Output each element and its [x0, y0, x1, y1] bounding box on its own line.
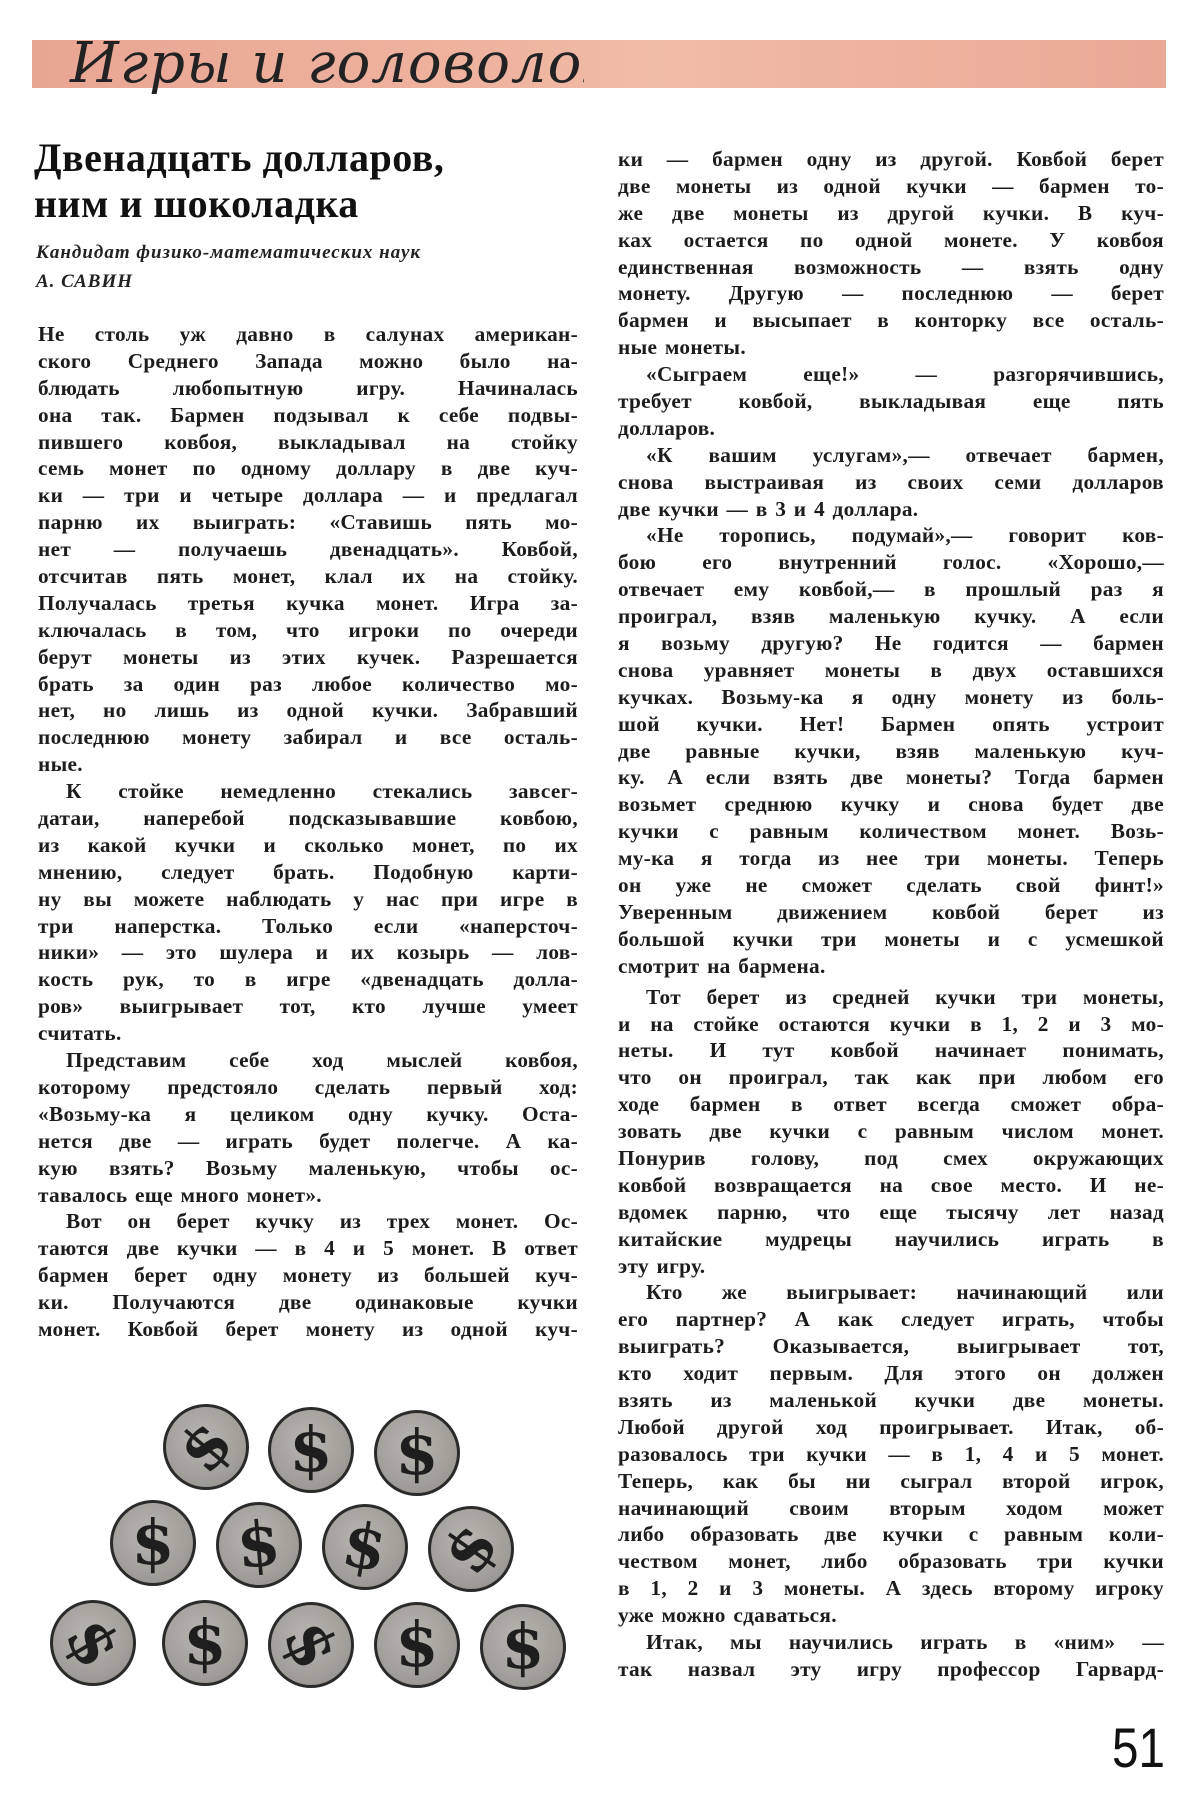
text-line: Представим себе ход мыслей ковбоя, [38, 1047, 578, 1074]
text-line: кучках. Возьму-ка я одну монету из боль- [618, 684, 1164, 711]
dollar-sign-icon: $ [338, 1513, 391, 1582]
text-line: монету. Другую — последнюю — берет [618, 280, 1164, 307]
text-line: нет — получаешь двенадцать». Ковбой, [38, 536, 578, 563]
text-line: возьмет среднюю кучку и снова будет две [618, 791, 1164, 818]
text-line: китайские мудрецы научились играть в [618, 1226, 1164, 1253]
text-line: Понурив голову, под смех окружающих [618, 1145, 1164, 1172]
text-line: начинающий своим вторым ходом может [618, 1495, 1164, 1522]
text-line: ки. Получаются две одинаковые кучки [38, 1289, 578, 1316]
text-line: «Сыграем еще!» — разгорячившись, [618, 361, 1164, 388]
text-line: проиграл, взяв маленькую кучку. А если [618, 603, 1164, 630]
text-line: эту игру. [618, 1253, 1164, 1280]
text-line: ках остается по одной монете. У ковбоя [618, 227, 1164, 254]
text-line: ского Среднего Запада можно было на- [38, 348, 578, 375]
text-line: Итак, мы научились играть в «ним» — [618, 1629, 1164, 1656]
dollar-coin-icon: $ [322, 1504, 408, 1590]
text-line: же две монеты из другой кучки. В куч- [618, 200, 1164, 227]
text-line: Кто же выигрывает: начинающий или [618, 1279, 1164, 1306]
dollar-coin-icon: $ [268, 1407, 354, 1493]
text-line: ходе бармен в ответ всегда сможет обра- [618, 1091, 1164, 1118]
text-line: последнюю монету забирал и все осталь- [38, 724, 578, 751]
dollar-coin-icon: $ [268, 1602, 354, 1688]
dollar-coin-icon: $ [374, 1602, 460, 1688]
article-title: Двенадцать долларов, ним и шоколадка [34, 135, 594, 227]
text-line: бармен берет одну монету из большей куч- [38, 1262, 578, 1289]
text-line: вдомек парню, что еще тысячу лет назад [618, 1199, 1164, 1226]
text-line: что он проиграл, так как при любом его [618, 1064, 1164, 1091]
text-line: снова выстраивая из своих семи долларов [618, 469, 1164, 496]
section-rubric-text: Игры и головоломки [69, 31, 584, 96]
text-line: монет. Ковбой берет монету из одной куч- [38, 1316, 578, 1343]
text-line: и на стойке остаются кучки в 1, 2 и 3 мо… [618, 1011, 1164, 1038]
text-column-right: ки — бармен одну из другой. Ковбой берет… [618, 146, 1164, 1683]
text-line: разовалось три кучки — в 1, 4 и 5 монет. [618, 1441, 1164, 1468]
dollar-sign-icon: $ [433, 1514, 509, 1585]
text-line: которому предстояло сделать первый ход: [38, 1074, 578, 1101]
coins-illustration: $$$$$$$$$$$$ [20, 1390, 580, 1730]
text-line: единственная возможность — взять одну [618, 254, 1164, 281]
text-line: в 1, 2 и 3 монеты. А здесь второму игрок… [618, 1575, 1164, 1602]
dollar-sign-icon: $ [183, 1612, 226, 1674]
text-line: из какой кучки и сколько монет, по их [38, 832, 578, 859]
text-line: «Не торопись, подумай»,— говорит ков- [618, 522, 1164, 549]
dollar-coin-icon: $ [162, 1600, 248, 1686]
text-line: снова уравняет монеты в двух оставшихся [618, 657, 1164, 684]
dollar-coin-icon: $ [216, 1502, 302, 1588]
text-line: зовать две кучки с равным числом монет. [618, 1118, 1164, 1145]
text-line: Не столь уж давно в салунах американ- [38, 321, 578, 348]
text-line: бою его внутренний голос. «Хорошо,— [618, 549, 1164, 576]
text-line: чеством монет, либо образовать три кучки [618, 1548, 1164, 1575]
text-line: кучки с равным количеством монет. Возь- [618, 818, 1164, 845]
text-line: его партнер? А как следует играть, чтобы [618, 1306, 1164, 1333]
text-line: ные монеты. [618, 334, 1164, 361]
author-degree: Кандидат физико-математических наук [36, 238, 596, 267]
text-line: тавалось еще много монет». [38, 1182, 578, 1209]
text-line: три наперстка. Только если «наперсточ- [38, 913, 578, 940]
text-line: так назвал эту игру профессор Гарвард- [618, 1656, 1164, 1683]
text-line: ну вы можете наблюдать у нас при игре в [38, 886, 578, 913]
text-line: «Возьму-ка я целиком одну кучку. Оста- [38, 1101, 578, 1128]
text-line: две монеты из одной кучки — бармен то- [618, 173, 1164, 200]
text-line: считать. [38, 1020, 578, 1047]
text-line: брать за один раз любое количество мо- [38, 671, 578, 698]
text-line: нет, но лишь из одной кучки. Забравший [38, 697, 578, 724]
text-line: я возьму другую? Не годится — бармен [618, 630, 1164, 657]
section-rubric: Игры и головоломки [64, 10, 584, 110]
text-line: датаи, наперебой подсказывавшие ковбою, [38, 805, 578, 832]
byline: Кандидат физико-математических наук А. С… [36, 238, 596, 296]
text-line: она так. Бармен подзывал к себе подвы- [38, 402, 578, 429]
author-name: А. САВИН [36, 267, 596, 296]
text-line: требует ковбой, выкладывая еще пять [618, 388, 1164, 415]
text-line: бармен и высыпает в конторку все осталь- [618, 307, 1164, 334]
text-line: долларов. [618, 415, 1164, 442]
text-line: две равные кучки, взяв маленькую куч- [618, 738, 1164, 765]
text-column-left: Не столь уж давно в салунах американ-ско… [38, 321, 578, 1343]
text-line: таются две кучки — в 4 и 5 монет. В отве… [38, 1235, 578, 1262]
text-line: му-ка я тогда из нее три монеты. Теперь [618, 845, 1164, 872]
text-line: отсчитав пять монет, клал их на стойку. [38, 563, 578, 590]
page-number: 51 [1112, 1715, 1165, 1780]
text-line: две кучки — в 3 и 4 доллара. [618, 496, 1164, 523]
dollar-coin-icon: $ [374, 1410, 460, 1496]
text-line: смотрит на бармена. [618, 953, 1164, 980]
article-title-line-1: Двенадцать долларов, [34, 135, 594, 181]
text-line: ники» — это шулера и их козырь — лов- [38, 939, 578, 966]
text-line: пившего ковбоя, выкладывал на стойку [38, 429, 578, 456]
dollar-sign-icon: $ [168, 1411, 243, 1484]
dollar-sign-icon: $ [55, 1609, 130, 1677]
text-line: нется две — играть будет полегче. А ка- [38, 1128, 578, 1155]
text-line: неты. И тут ковбой начинает понимать, [618, 1037, 1164, 1064]
dollar-sign-icon: $ [395, 1422, 438, 1484]
text-line: шой кучки. Нет! Бармен опять устроит [618, 711, 1164, 738]
dollar-coin-icon: $ [50, 1600, 136, 1686]
dollar-coin-icon: $ [428, 1506, 514, 1592]
dollar-sign-icon: $ [274, 1612, 348, 1677]
text-line: отвечает ему ковбой,— в прошлый раз я [618, 576, 1164, 603]
dollar-sign-icon: $ [395, 1614, 438, 1676]
text-line: уже можно сдаваться. [618, 1602, 1164, 1629]
text-line: берут монеты из этих кучек. Разрешается [38, 644, 578, 671]
text-line: кую взять? Возьму маленькую, чтобы ос- [38, 1155, 578, 1182]
dollar-sign-icon: $ [289, 1419, 332, 1481]
dollar-sign-icon: $ [235, 1512, 283, 1578]
text-line: Уверенным движением ковбой берет из [618, 899, 1164, 926]
text-line: ки — бармен одну из другой. Ковбой берет [618, 146, 1164, 173]
text-line: большой кучки три монеты и с усмешкой [618, 926, 1164, 953]
text-line: Вот он берет кучку из трех монет. Ос- [38, 1208, 578, 1235]
text-line: ки — три и четыре доллара — и предлагал [38, 482, 578, 509]
text-line: кость рук, то в игре «двенадцать долла- [38, 966, 578, 993]
text-line: он уже не сможет сделать свой финт!» [618, 872, 1164, 899]
dollar-coin-icon: $ [163, 1404, 249, 1490]
dollar-coin-icon: $ [480, 1604, 566, 1690]
text-line: кто ходит первым. Для этого он должен [618, 1360, 1164, 1387]
text-line: Теперь, как бы ни сыграл второй игрок, [618, 1468, 1164, 1495]
text-line: ные. [38, 751, 578, 778]
text-line: ключалась в том, что игроки по очереди [38, 617, 578, 644]
dollar-coin-icon: $ [110, 1500, 196, 1586]
text-line: К стойке немедленно стекались завсег- [38, 778, 578, 805]
text-line: «К вашим услугам»,— отвечает бармен, [618, 442, 1164, 469]
text-line: ров» выигрывает тот, кто лучше умеет [38, 993, 578, 1020]
text-line: ковбой возвращается на свое место. И не- [618, 1172, 1164, 1199]
text-line: либо образовать две кучки с равным коли- [618, 1521, 1164, 1548]
text-line: мнению, следует брать. Подобную карти- [38, 859, 578, 886]
text-line: Любой другой ход проигрывает. Итак, об- [618, 1414, 1164, 1441]
text-line: парню их выиграть: «Ставишь пять мо- [38, 509, 578, 536]
text-line: выиграть? Оказывается, выигрывает тот, [618, 1333, 1164, 1360]
text-line: Получалась третья кучка монет. Игра за- [38, 590, 578, 617]
dollar-sign-icon: $ [131, 1512, 174, 1574]
dollar-sign-icon: $ [501, 1616, 544, 1678]
text-line: ку. А если взять две монеты? Тогда барме… [618, 764, 1164, 791]
article-title-line-2: ним и шоколадка [34, 181, 594, 227]
text-line: взять из маленькой кучки две монеты. [618, 1387, 1164, 1414]
text-line: Тот берет из средней кучки три монеты, [618, 984, 1164, 1011]
text-line: семь монет по одному доллару в две куч- [38, 455, 578, 482]
text-line: блюдать любопытную игру. Начиналась [38, 375, 578, 402]
